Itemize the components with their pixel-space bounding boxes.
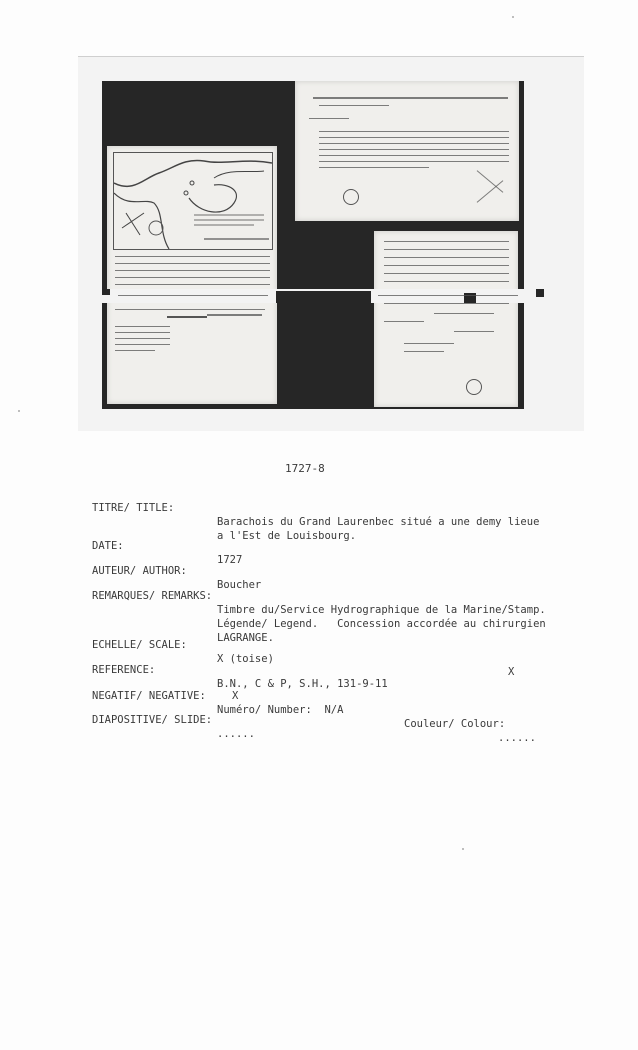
field-title: TITRE/ TITLE: Barachois du Grand Laurenb… [92, 487, 105, 529]
field-value: B.N., C & P, S.H., 131-9-11 [217, 677, 388, 691]
field-value: Boucher [217, 578, 261, 592]
speck [462, 848, 464, 850]
slide-mark: X [232, 690, 238, 702]
colour-label: Couleur/ Colour: [404, 717, 505, 731]
field-slide: DIAPOSITIVE/ SLIDE: ...... [92, 699, 105, 741]
stamp-seal-icon [343, 189, 359, 205]
field-label: ECHELLE/ SCALE: [92, 638, 217, 652]
letter-second-page [374, 231, 518, 407]
document-number: 1727-8 [285, 462, 325, 475]
field-label: AUTEUR/ AUTHOR: [92, 564, 217, 578]
field-value: 1727 [217, 553, 242, 567]
stamp-seal-icon [466, 379, 482, 395]
scan-artifact-band [78, 289, 548, 303]
field-label: TITRE/ TITLE: [92, 501, 217, 515]
speck [18, 410, 20, 412]
field-remarks: REMARQUES/ REMARKS: Timbre du/Service Hy… [92, 575, 105, 617]
map-document [107, 146, 277, 404]
photo-background [102, 81, 524, 409]
field-value: Barachois du Grand Laurenbec situé a une… [217, 515, 539, 543]
archival-photograph [78, 56, 584, 431]
colour-mark: X [508, 666, 514, 678]
field-value: ...... [217, 727, 255, 741]
coastline-icon [114, 153, 272, 249]
field-value: Numéro/ Number: N/A [217, 703, 343, 717]
field-label: REMARQUES/ REMARKS: [92, 589, 217, 603]
field-label: DIAPOSITIVE/ SLIDE: [92, 713, 217, 727]
map-drawing [113, 152, 273, 250]
field-value: X (toise) [217, 652, 274, 666]
field-label: NEGATIF/ NEGATIVE: [92, 689, 217, 703]
field-value: Timbre du/Service Hydrographique de la M… [217, 603, 546, 645]
field-label: DATE: [92, 539, 217, 553]
letter-document [295, 81, 519, 221]
field-label: REFERENCE: [92, 663, 217, 677]
speck [512, 16, 514, 18]
colour-value: ...... [498, 731, 536, 745]
